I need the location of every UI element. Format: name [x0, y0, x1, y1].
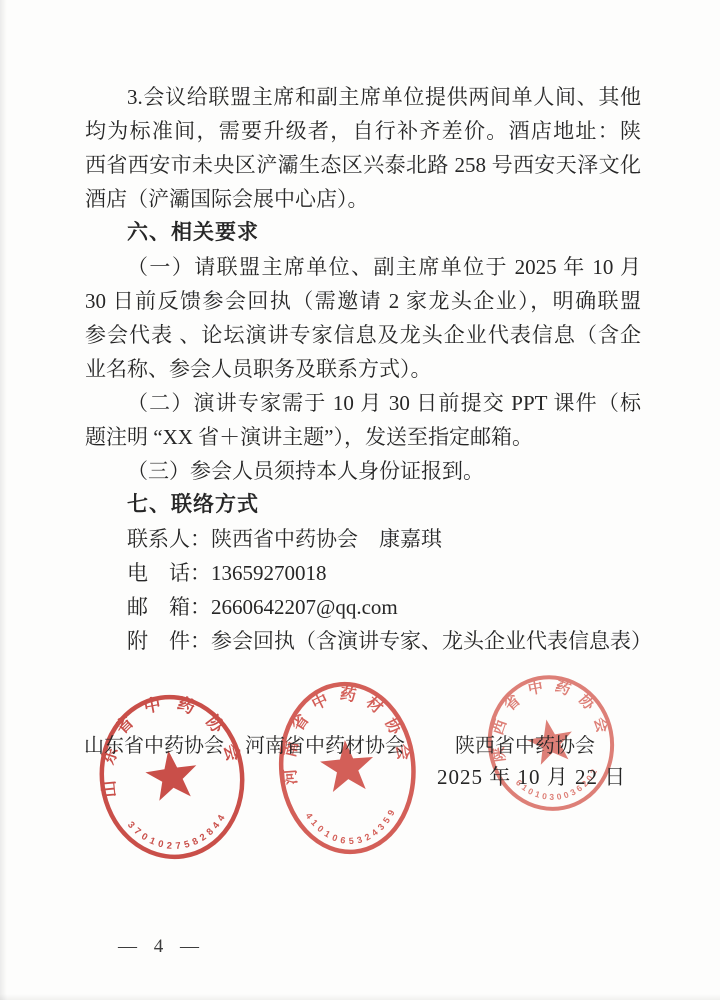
body-line: 3.会议给联盟主席和副主席单位提供两间单人间、其他 — [85, 80, 641, 114]
signature-org-henan: 河南省中药材协会 — [245, 729, 405, 758]
body-line: 参会代表 、论坛演讲专家信息及龙头企业代表信息（含企 — [85, 318, 641, 352]
seal-icon: 山东省中药协会 3701027582844 — [86, 682, 258, 871]
svg-text:4101065324359: 4101065324359 — [303, 803, 401, 850]
signature-date: 2025 年 10 月 22 日 — [437, 761, 626, 791]
svg-text:3701027582844: 3701027582844 — [124, 806, 233, 859]
document-body: 3.会议给联盟主席和副主席单位提供两间单人间、其他 均为标准间，需要升级者，自行… — [85, 80, 641, 658]
contact-person-line: 联系人：陕西省中药协会 康嘉琪 — [85, 522, 641, 556]
seal-stamp-shandong: 山东省中药协会 3701027582844 — [86, 682, 258, 871]
section-heading-6: 六、相关要求 — [85, 216, 641, 250]
seal-ring — [92, 688, 253, 866]
seal-code-text: 4101065324359 — [303, 803, 401, 850]
section-heading-7: 七、联络方式 — [85, 488, 641, 522]
signature-org-shandong: 山东省中药协会 — [84, 729, 224, 758]
seal-icon: 河南省中药材协会 4101065324359 — [267, 674, 427, 866]
body-line: 30 日前反馈参会回执（需邀请 2 家龙头企业），明确联盟 — [85, 284, 641, 318]
body-line: 业名称、参会人员职务及联系方式）。 — [85, 352, 641, 386]
body-line: 题注明 “XX 省＋演讲主题”），发送至指定邮箱。 — [85, 420, 641, 454]
body-line: （二）演讲专家需于 10 月 30 日前提交 PPT 课件（标 — [85, 386, 641, 420]
body-line: 均为标准间，需要升级者，自行补齐差价。酒店地址：陕 — [85, 114, 641, 148]
seal-code-text: 3701027582844 — [124, 806, 233, 859]
seal-ring — [274, 679, 420, 858]
body-line: （三）参会人员须持本人身份证报到。 — [85, 454, 641, 488]
body-line: 酒店（浐灞国际会展中心店）。 — [85, 182, 641, 216]
contact-phone-line: 电 话：13659270018 — [85, 556, 641, 590]
contact-email-line: 邮 箱：2660642207@qq.com — [85, 590, 641, 624]
page-number: — 4 — — [118, 936, 201, 958]
document-page: 3.会议给联盟主席和副主席单位提供两间单人间、其他 均为标准间，需要升级者，自行… — [0, 0, 720, 1000]
seal-stamp-henan: 河南省中药材协会 4101065324359 — [267, 674, 427, 866]
body-line: 西省西安市未央区浐灞生态区兴泰北路 258 号西安天泽文化 — [85, 148, 641, 182]
body-line: （一）请联盟主席单位、副主席单位于 2025 年 10 月 — [85, 250, 641, 284]
attachment-line: 附 件：参会回执（含演讲专家、龙头企业代表信息表） — [85, 624, 641, 658]
signature-org-shaanxi: 陕西省中药协会 — [455, 729, 595, 758]
